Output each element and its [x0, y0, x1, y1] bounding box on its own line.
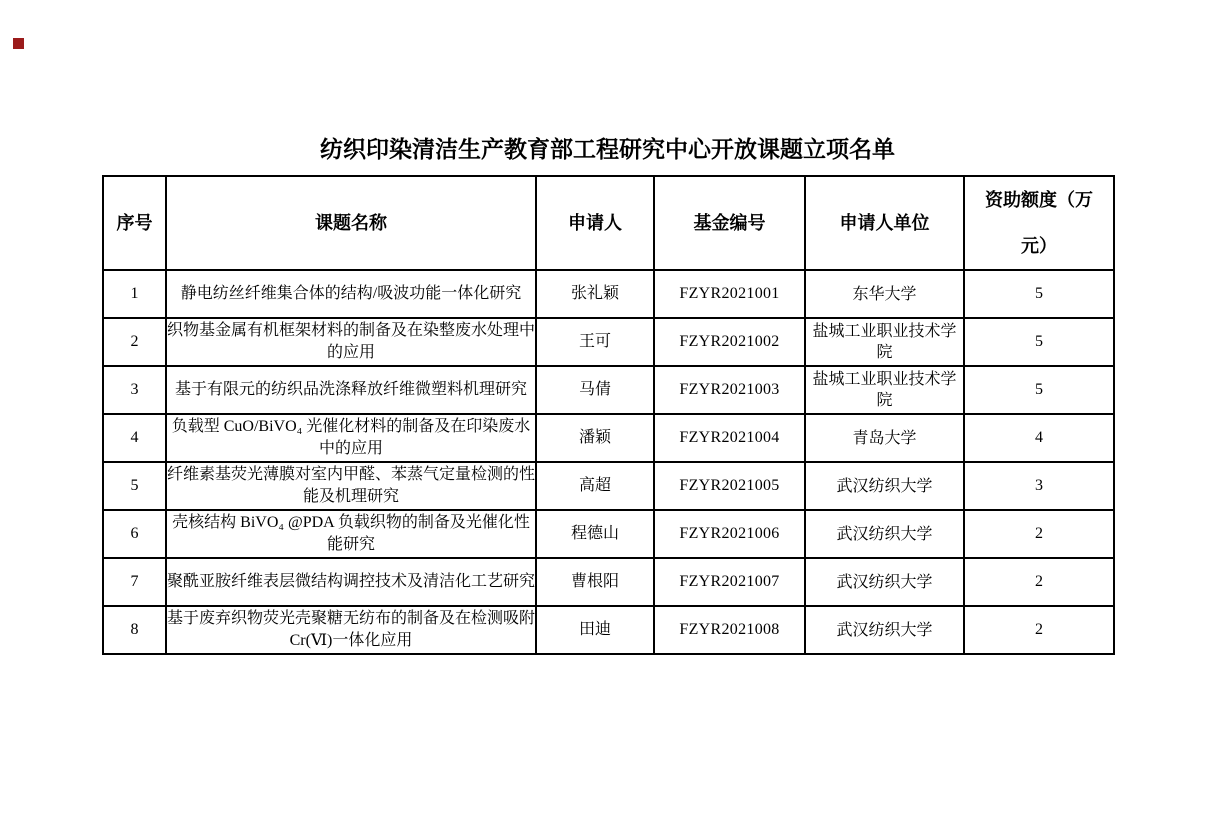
cell-amount: 5	[964, 270, 1114, 318]
projects-table: 序号 课题名称 申请人 基金编号 申请人单位 资助额度（万元） 1 静电纺丝纤维…	[102, 175, 1115, 655]
header-cell-project: 课题名称	[166, 176, 536, 270]
cell-amount: 2	[964, 606, 1114, 654]
header-cell-applicant: 申请人	[536, 176, 654, 270]
table-row: 5 纤维素基荧光薄膜对室内甲醛、苯蒸气定量检测的性能及机理研究 高超 FZYR2…	[103, 462, 1114, 510]
cell-applicant: 高超	[536, 462, 654, 510]
cell-applicant: 潘颖	[536, 414, 654, 462]
table-row: 3 基于有限元的纺织品洗涤释放纤维微塑料机理研究 马倩 FZYR2021003 …	[103, 366, 1114, 414]
cell-index: 6	[103, 510, 166, 558]
cell-amount: 5	[964, 318, 1114, 366]
cell-unit: 东华大学	[805, 270, 964, 318]
cell-index: 8	[103, 606, 166, 654]
cell-fund-no: FZYR2021008	[654, 606, 805, 654]
cell-index: 3	[103, 366, 166, 414]
table-row: 1 静电纺丝纤维集合体的结构/吸波功能一体化研究 张礼颖 FZYR2021001…	[103, 270, 1114, 318]
cell-project: 聚酰亚胺纤维表层微结构调控技术及清洁化工艺研究	[166, 558, 536, 606]
cell-project: 壳核结构 BiVO₄ @PDA 负载织物的制备及光催化性能研究	[166, 510, 536, 558]
cell-fund-no: FZYR2021005	[654, 462, 805, 510]
cell-unit: 武汉纺织大学	[805, 558, 964, 606]
cell-index: 5	[103, 462, 166, 510]
cell-amount: 2	[964, 510, 1114, 558]
cell-amount: 3	[964, 462, 1114, 510]
document-page: 纺织印染清洁生产教育部工程研究中心开放课题立项名单 序号 课题名称 申请人 基金…	[0, 0, 1212, 819]
cell-unit: 武汉纺织大学	[805, 510, 964, 558]
table-row: 2 织物基金属有机框架材料的制备及在染整废水处理中的应用 王可 FZYR2021…	[103, 318, 1114, 366]
cell-project: 静电纺丝纤维集合体的结构/吸波功能一体化研究	[166, 270, 536, 318]
header-cell-fund-no: 基金编号	[654, 176, 805, 270]
table-row: 7 聚酰亚胺纤维表层微结构调控技术及清洁化工艺研究 曹根阳 FZYR202100…	[103, 558, 1114, 606]
cell-amount: 4	[964, 414, 1114, 462]
page-title: 纺织印染清洁生产教育部工程研究中心开放课题立项名单	[102, 133, 1113, 165]
cell-applicant: 曹根阳	[536, 558, 654, 606]
cell-unit: 武汉纺织大学	[805, 462, 964, 510]
cell-fund-no: FZYR2021001	[654, 270, 805, 318]
cell-index: 1	[103, 270, 166, 318]
cell-index: 2	[103, 318, 166, 366]
cell-unit: 青岛大学	[805, 414, 964, 462]
header-cell-amount-label: 资助额度（万元）	[980, 177, 1098, 269]
red-square-marker	[13, 38, 24, 49]
header-cell-index: 序号	[103, 176, 166, 270]
table-row: 6 壳核结构 BiVO₄ @PDA 负载织物的制备及光催化性能研究 程德山 FZ…	[103, 510, 1114, 558]
cell-applicant: 王可	[536, 318, 654, 366]
cell-unit: 盐城工业职业技术学院	[805, 366, 964, 414]
header-cell-unit: 申请人单位	[805, 176, 964, 270]
table-row: 8 基于废弃织物荧光壳聚糖无纺布的制备及在检测吸附 Cr(Ⅵ)一体化应用 田迪 …	[103, 606, 1114, 654]
cell-project: 负载型 CuO/BiVO₄ 光催化材料的制备及在印染废水中的应用	[166, 414, 536, 462]
cell-project: 基于废弃织物荧光壳聚糖无纺布的制备及在检测吸附 Cr(Ⅵ)一体化应用	[166, 606, 536, 654]
cell-project: 纤维素基荧光薄膜对室内甲醛、苯蒸气定量检测的性能及机理研究	[166, 462, 536, 510]
cell-index: 7	[103, 558, 166, 606]
cell-amount: 5	[964, 366, 1114, 414]
header-row: 序号 课题名称 申请人 基金编号 申请人单位 资助额度（万元）	[103, 176, 1114, 270]
cell-fund-no: FZYR2021002	[654, 318, 805, 366]
cell-applicant: 马倩	[536, 366, 654, 414]
table-row: 4 负载型 CuO/BiVO₄ 光催化材料的制备及在印染废水中的应用 潘颖 FZ…	[103, 414, 1114, 462]
cell-applicant: 程德山	[536, 510, 654, 558]
cell-fund-no: FZYR2021006	[654, 510, 805, 558]
cell-amount: 2	[964, 558, 1114, 606]
header-cell-amount: 资助额度（万元）	[964, 176, 1114, 270]
cell-fund-no: FZYR2021004	[654, 414, 805, 462]
cell-unit: 盐城工业职业技术学院	[805, 318, 964, 366]
cell-index: 4	[103, 414, 166, 462]
cell-project: 织物基金属有机框架材料的制备及在染整废水处理中的应用	[166, 318, 536, 366]
cell-project: 基于有限元的纺织品洗涤释放纤维微塑料机理研究	[166, 366, 536, 414]
cell-applicant: 张礼颖	[536, 270, 654, 318]
cell-unit: 武汉纺织大学	[805, 606, 964, 654]
cell-fund-no: FZYR2021007	[654, 558, 805, 606]
cell-fund-no: FZYR2021003	[654, 366, 805, 414]
cell-applicant: 田迪	[536, 606, 654, 654]
